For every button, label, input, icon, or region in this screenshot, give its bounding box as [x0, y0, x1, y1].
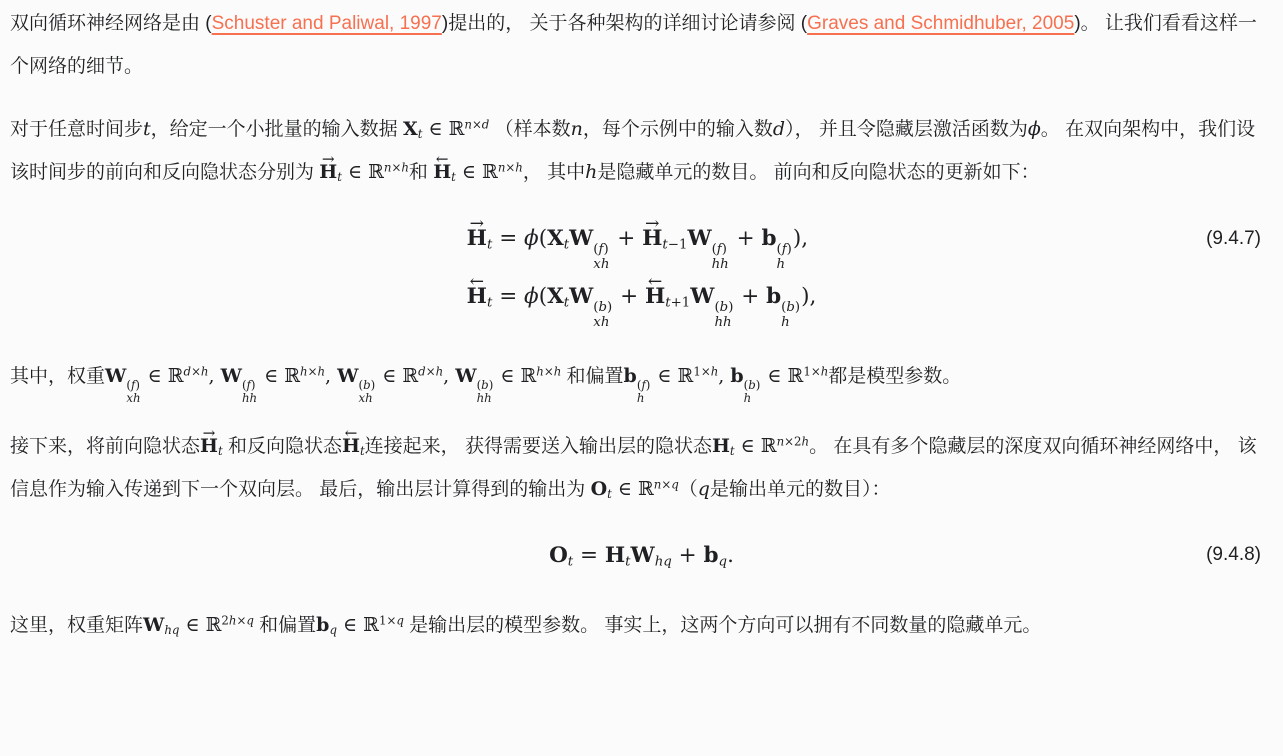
equation-9-4-7: →Ht = ϕ(XtW(f)xh + →Ht−1W(f)hh + b(f)h),…: [10, 214, 1273, 331]
equation-forward-hidden-state: →Ht = ϕ(XtW(f)xh + →Ht−1W(f)hh + b(f)h),: [467, 214, 817, 272]
paragraph-intro-citations: 双向循环神经网络是由 (Schuster and Paliwal, 1997)提…: [10, 2, 1273, 88]
equation-9-4-8: Ot = HtWhq + bq. (9.4.8): [10, 531, 1273, 580]
equation-backward-hidden-state: ←Ht = ϕ(XtW(b)xh + ←Ht+1W(b)hh + b(b)h),: [467, 272, 817, 330]
equation-number-9-4-8: (9.4.8): [1206, 544, 1261, 566]
paragraph-concatenate-output: 接下来，将前向隐状态→Ht 和反向隐状态←Ht连接起来， 获得需要送入输出层的隐…: [10, 425, 1273, 511]
paragraph-model-parameters: 其中，权重W(f)xh ∈ ℝd×h, W(f)hh ∈ ℝh×h, W(b)x…: [10, 355, 1273, 405]
citation-schuster-paliwal-1997[interactable]: Schuster and Paliwal, 1997: [212, 13, 442, 34]
citation-graves-schmidhuber-2005[interactable]: Graves and Schmidhuber, 2005: [807, 13, 1074, 34]
paragraph-output-parameters: 这里，权重矩阵Whq ∈ ℝ2h×q 和偏置bq ∈ ℝ1×q 是输出层的模型参…: [10, 604, 1273, 647]
paragraph-hidden-state-definitions: 对于任意时间步t，给定一个小批量的输入数据 Xt ∈ ℝn×d （样本数n，每个…: [10, 108, 1273, 194]
equation-output-layer: Ot = HtWhq + bq.: [549, 531, 734, 580]
equation-number-9-4-7: (9.4.7): [1206, 228, 1261, 250]
document-content: 双向循环神经网络是由 (Schuster and Paliwal, 1997)提…: [0, 2, 1283, 756]
